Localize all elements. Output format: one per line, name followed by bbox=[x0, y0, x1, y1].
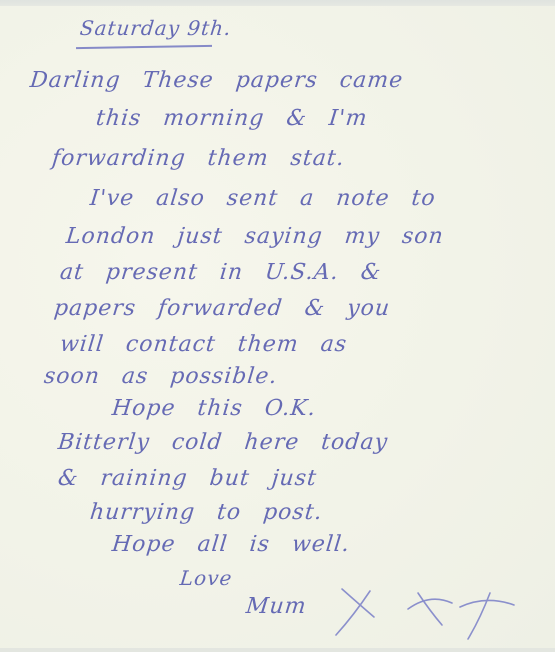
letter-line-1: Darling These papers came bbox=[29, 68, 405, 93]
letter-line-11: Bitterly cold here today bbox=[57, 430, 390, 455]
letter-line-13: hurrying to post. bbox=[89, 500, 324, 525]
kisses-icon bbox=[330, 585, 530, 645]
letter-signature: Mum bbox=[245, 594, 308, 619]
letter-closing: Love bbox=[179, 566, 234, 590]
letter-line-5: London just saying my son bbox=[65, 224, 445, 249]
letter-line-12: & raining but just bbox=[57, 466, 319, 491]
letter-line-9: soon as possible. bbox=[43, 364, 279, 389]
letter-line-4: I've also sent a note to bbox=[89, 186, 437, 211]
scan-edge-bottom bbox=[0, 648, 555, 652]
letter-line-14: Hope all is well. bbox=[111, 532, 352, 557]
letter-date: Saturday 9th. bbox=[79, 16, 233, 40]
letter-line-6: at present in U.S.A. & bbox=[59, 260, 383, 285]
letter-line-10: Hope this O.K. bbox=[111, 396, 318, 421]
letter-line-8: will contact them as bbox=[59, 332, 349, 357]
letter-line-7: papers forwarded & you bbox=[53, 296, 392, 321]
letter-line-2: this morning & I'm bbox=[95, 106, 369, 131]
letter-line-3: forwarding them stat. bbox=[51, 146, 346, 171]
